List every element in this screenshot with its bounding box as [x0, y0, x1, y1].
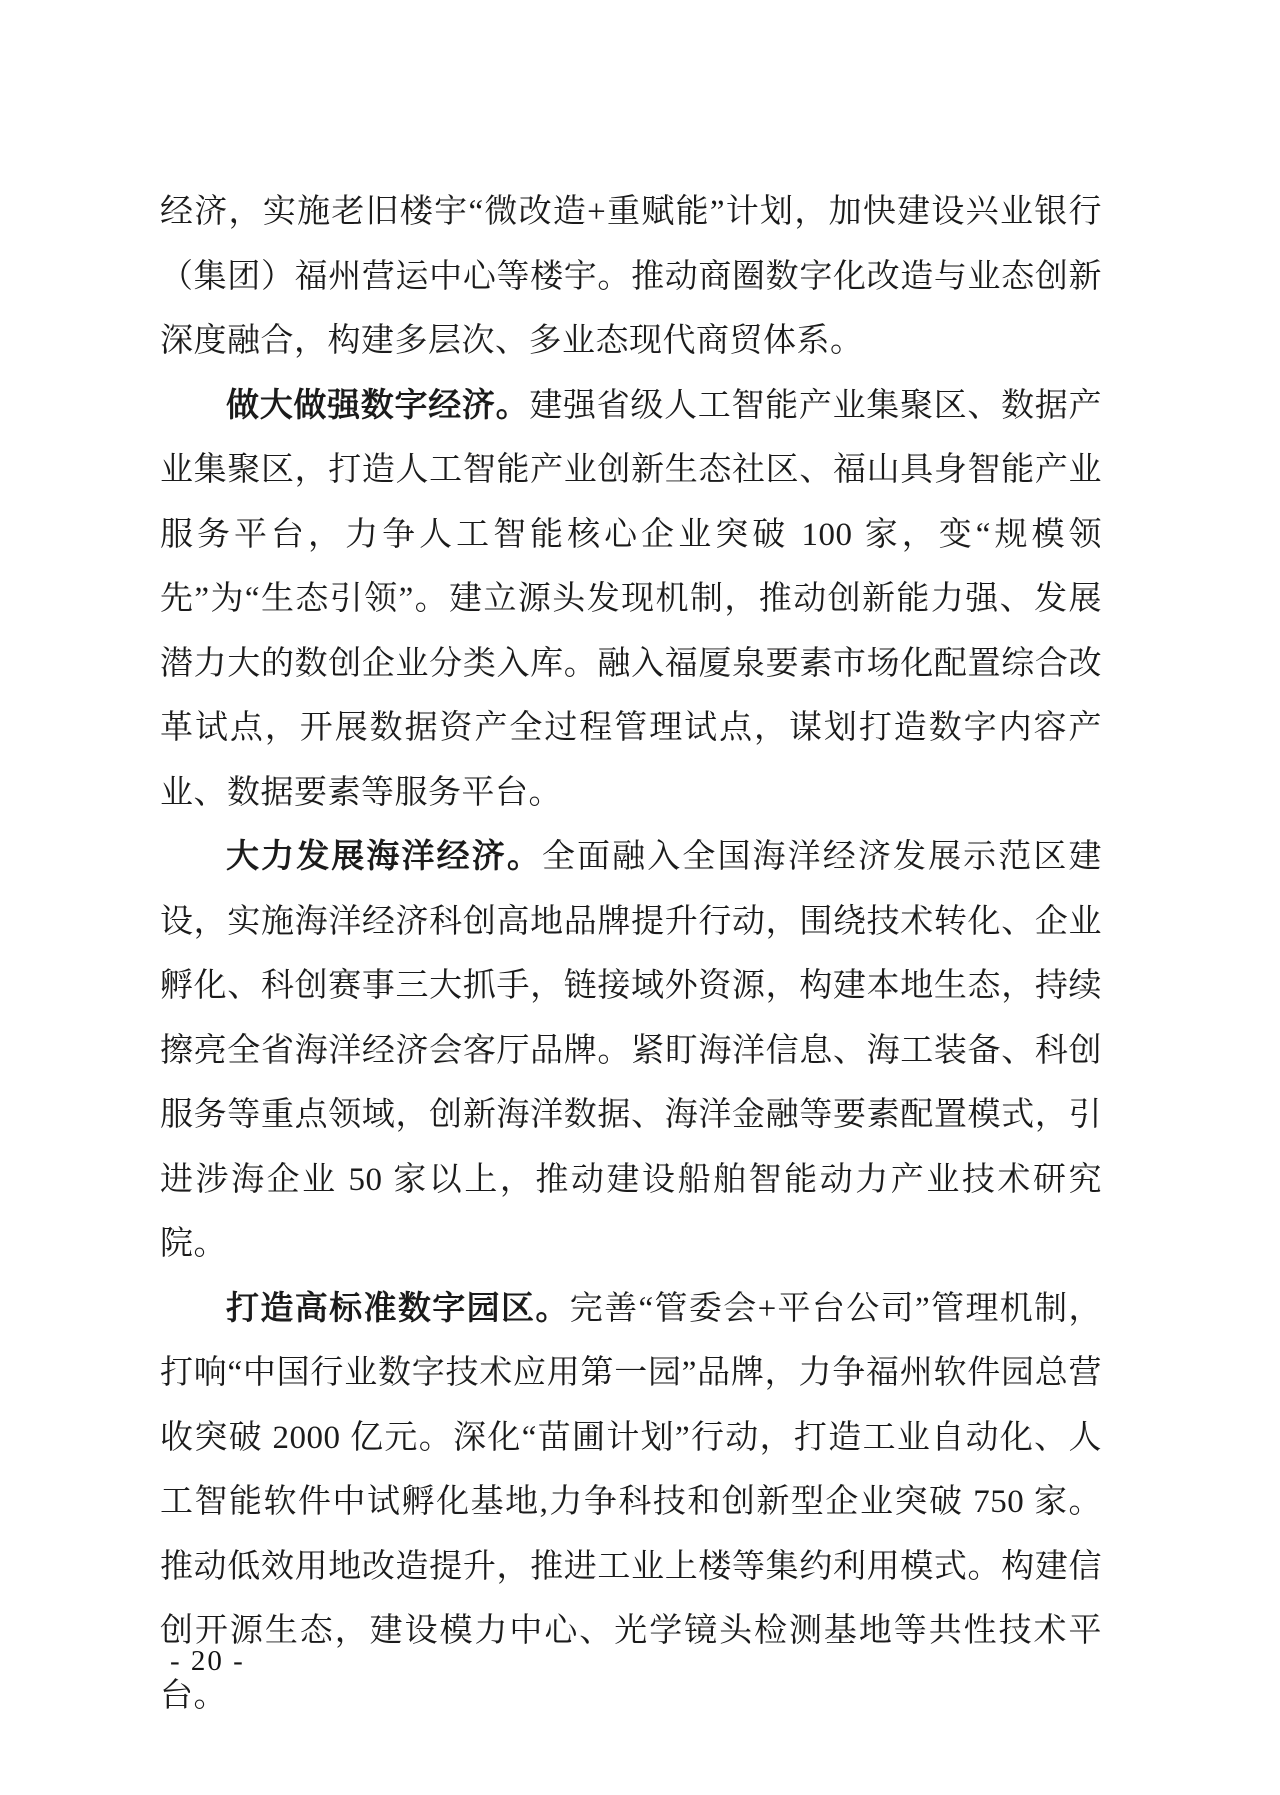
paragraph-digital-park: 打造高标准数字园区。完善“管委会+平台公司”管理机制，打响“中国行业数字技术应用…	[160, 1277, 1102, 1729]
paragraph-text: 完善“管委会+平台公司”管理机制，打响“中国行业数字技术应用第一园”品牌，力争福…	[160, 1291, 1102, 1714]
paragraph-continuation: 经济，实施老旧楼宇“微改造+重赋能”计划，加快建设兴业银行（集团）福州营运中心等…	[160, 180, 1102, 374]
paragraph-marine-economy: 大力发展海洋经济。全面融入全国海洋经济发展示范区建设，实施海洋经济科创高地品牌提…	[160, 825, 1102, 1277]
paragraph-text: 建强省级人工智能产业集聚区、数据产业集聚区，打造人工智能产业创新生态社区、福山具…	[160, 388, 1102, 811]
paragraph-digital-economy: 做大做强数字经济。建强省级人工智能产业集聚区、数据产业集聚区，打造人工智能产业创…	[160, 374, 1102, 826]
paragraph-text: 经济，实施老旧楼宇“微改造+重赋能”计划，加快建设兴业银行（集团）福州营运中心等…	[160, 194, 1102, 359]
document-page: 经济，实施老旧楼宇“微改造+重赋能”计划，加快建设兴业银行（集团）福州营运中心等…	[0, 0, 1280, 1795]
paragraph-lead: 打造高标准数字园区。	[226, 1291, 570, 1327]
page-number: - 20 -	[170, 1645, 245, 1678]
paragraph-text: 全面融入全国海洋经济发展示范区建设，实施海洋经济科创高地品牌提升行动，围绕技术转…	[160, 839, 1102, 1262]
document-body: 经济，实施老旧楼宇“微改造+重赋能”计划，加快建设兴业银行（集团）福州营运中心等…	[160, 180, 1102, 1728]
paragraph-lead: 做大做强数字经济。	[226, 388, 529, 424]
paragraph-lead: 大力发展海洋经济。	[226, 839, 542, 875]
